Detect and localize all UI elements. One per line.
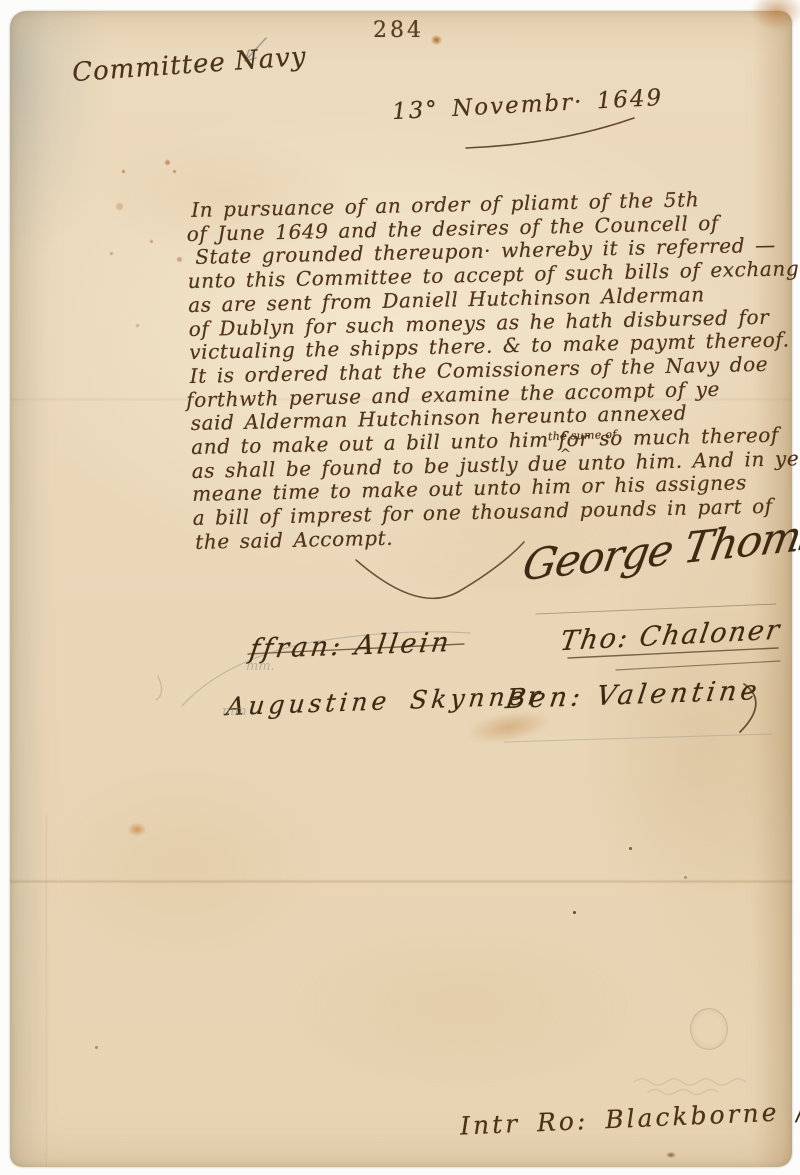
interlinear-insertion: the sume of bbox=[548, 428, 617, 443]
pencil-mark: mm bbox=[222, 704, 247, 719]
embossed-blind-stamp bbox=[690, 1008, 728, 1050]
manuscript-scan: 284 Committee Navy 13° Novembr· 1649 In … bbox=[0, 0, 800, 1175]
paper-sheet bbox=[10, 11, 792, 1167]
pencil-mark: mm. bbox=[246, 659, 275, 674]
folio-number: 284 bbox=[373, 18, 424, 43]
body-text-block: In pursuance of an order of pliamt of th… bbox=[186, 187, 778, 555]
fold-crease-vertical bbox=[46, 815, 48, 1167]
insertion-caret: ^ bbox=[560, 447, 571, 462]
dark-specks bbox=[0, 0, 3, 3]
fold-crease-horizontal bbox=[10, 880, 792, 883]
